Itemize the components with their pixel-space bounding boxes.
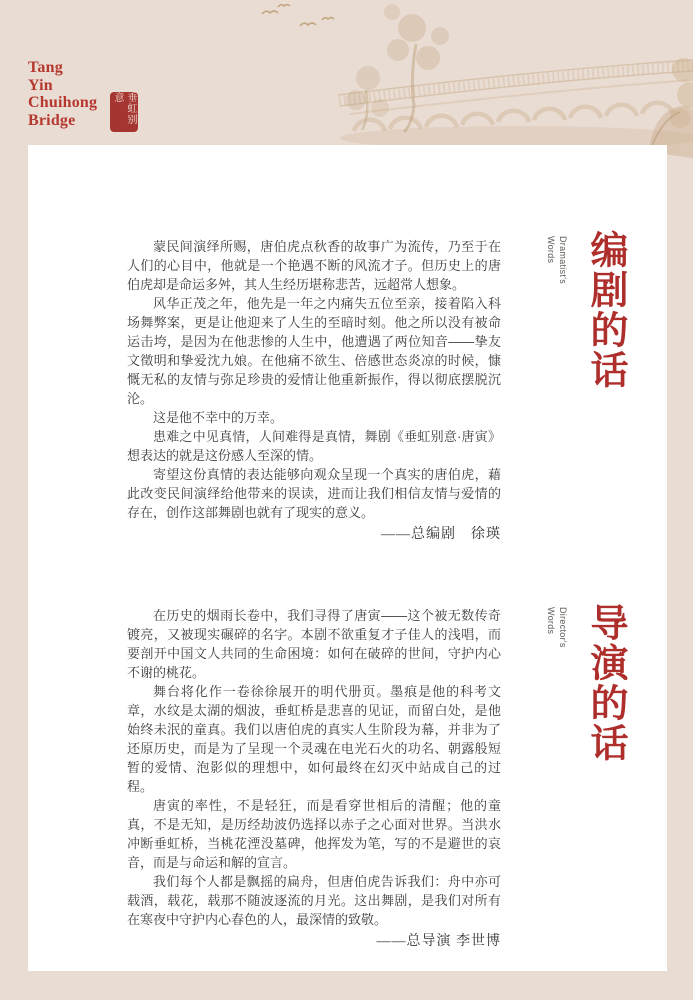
title-en-line: Director's xyxy=(558,607,568,648)
dramatist-text-block: 蒙民间演绎所赐，唐伯虎点秋香的故事广为流传，乃至于在人们的心目中，他就是一个艳遇… xyxy=(127,237,501,544)
paragraph: 舞台将化作一卷徐徐展开的明代册页。墨痕是他的科考文章，水纹是太湖的烟波，垂虹桥是… xyxy=(127,682,501,796)
seal-text: 垂虹别意 xyxy=(111,92,137,132)
title-line: Bridge xyxy=(28,112,97,130)
paragraph: 患难之中见真情，人间难得是真情，舞剧《垂虹别意·唐寅》想表达的就是这份感人至深的… xyxy=(127,427,501,465)
title-line: Chuihong xyxy=(28,94,97,112)
paragraph: 风华正茂之年，他先是一年之内痛失五位至亲，接着陷入科场舞弊案，更是让他迎来了人生… xyxy=(127,294,501,408)
paragraph: 唐寅的率性，不是轻狂，而是看穿世相后的清醒；他的童真，不是无知，是历经劫波仍选择… xyxy=(127,796,501,872)
paragraph: 寄望这份真情的表达能够向观众呈现一个真实的唐伯虎，藉此改变民间演绎给他带来的误读… xyxy=(127,465,501,522)
dramatist-signature: ——总编剧 徐瑛 xyxy=(127,525,501,544)
paragraph: 这是他不幸中的万幸。 xyxy=(127,408,501,427)
title-line: Yin xyxy=(28,77,97,95)
director-title-cn: 导演的话 xyxy=(584,603,626,763)
title-en-line: Words xyxy=(546,607,556,634)
dramatist-title-cn: 编剧的话 xyxy=(584,230,626,390)
paragraph: 蒙民间演绎所赐，唐伯虎点秋香的故事广为流传，乃至于在人们的心目中，他就是一个艳遇… xyxy=(127,237,501,294)
paragraph: 在历史的烟雨长卷中，我们寻得了唐寅——这个被无数传奇镀亮，又被现实碾碎的名字。本… xyxy=(127,606,501,682)
birds-icon xyxy=(262,5,334,27)
tree-cluster xyxy=(346,4,449,132)
title-line: Tang xyxy=(28,59,97,77)
director-title-en: Director'sWords xyxy=(545,607,569,648)
bridge-arches xyxy=(354,103,673,131)
title-en-line: Words xyxy=(546,236,556,263)
page-title: Tang Yin Chuihong Bridge xyxy=(28,59,97,129)
program-page: Tang Yin Chuihong Bridge 垂虹别意 蒙民间演绎所赐，唐伯… xyxy=(0,0,693,1000)
director-signature: ——总导演 李世博 xyxy=(127,932,501,951)
title-en-line: Dramatist's xyxy=(558,236,568,284)
dramatist-title-en: Dramatist'sWords xyxy=(545,236,569,284)
far-tree xyxy=(670,58,693,128)
seal-stamp: 垂虹别意 xyxy=(110,92,138,132)
paragraph: 我们每个人都是飘摇的扁舟，但唐伯虎告诉我们：舟中亦可载酒，载花，载那不随波逐流的… xyxy=(127,872,501,929)
director-text-block: 在历史的烟雨长卷中，我们寻得了唐寅——这个被无数传奇镀亮，又被现实碾碎的名字。本… xyxy=(127,606,501,951)
